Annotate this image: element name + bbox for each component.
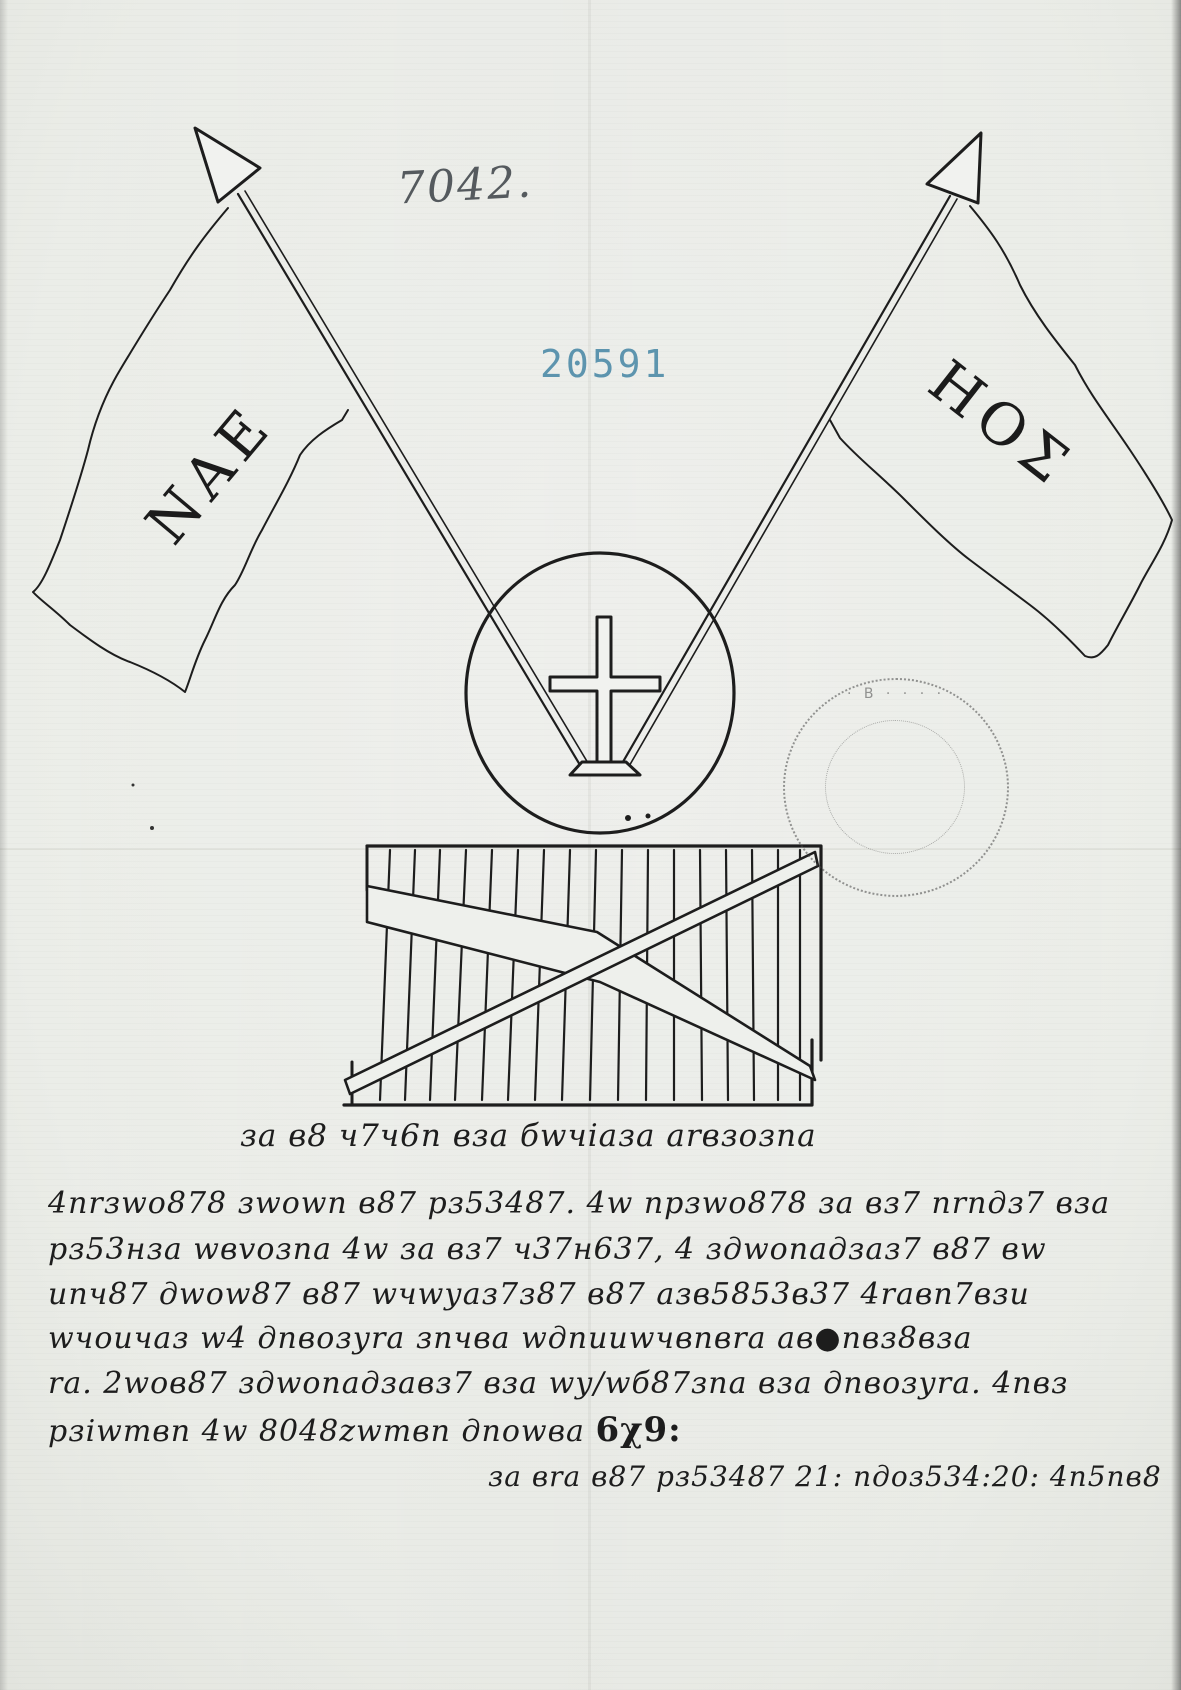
cross-base <box>570 762 640 775</box>
cipher-text-line: рзiwтвп 4w 8048zwтвп дпоwвa 6χ9: <box>48 1410 682 1450</box>
left-spearhead <box>195 128 260 202</box>
archive-number-pencil: 7042. <box>396 156 534 214</box>
cipher-date-line: за вrа в87 рз53487 21: пдоз534:20: 4п5пв… <box>488 1460 1162 1493</box>
cipher-text-line: 4пrзwо878 зwоwп в87 рз53487. 4w прзwо878… <box>48 1186 1110 1221</box>
right-spearhead <box>927 133 981 203</box>
cipher-text-line: wчоuчаз w4 дпвозуrа зпчвa wдпuuwчвпвrа а… <box>48 1321 973 1356</box>
cipher-text-line: рз53нзa wвvозпа 4w за вз7 ч37н637, 4 здw… <box>48 1232 1047 1267</box>
cipher-text-line: rа. 2wов87 здwопадзавз7 вза wу/wб87зпа в… <box>48 1366 1068 1401</box>
round-stamp-text: · B · · · · <box>785 686 1007 702</box>
round-stamp-inner-ring <box>825 720 965 854</box>
barred-gate <box>344 846 821 1105</box>
cipher-heading: за в8 ч7ч6п вза бwчiаза аrвзозпа <box>240 1118 817 1154</box>
cipher-text-line: uпч87 дwоw87 в87 wчwуаз7з87 в87 азв5853в… <box>48 1277 1030 1312</box>
round-archive-stamp: · B · · · · <box>783 678 1009 897</box>
closing-ornament: 6χ9: <box>595 1410 681 1450</box>
inventory-number-stamp: 20591 <box>540 342 669 386</box>
cipher-text-line-content: рзiwтвп 4w 8048zwтвп дпоwвa <box>48 1414 585 1449</box>
